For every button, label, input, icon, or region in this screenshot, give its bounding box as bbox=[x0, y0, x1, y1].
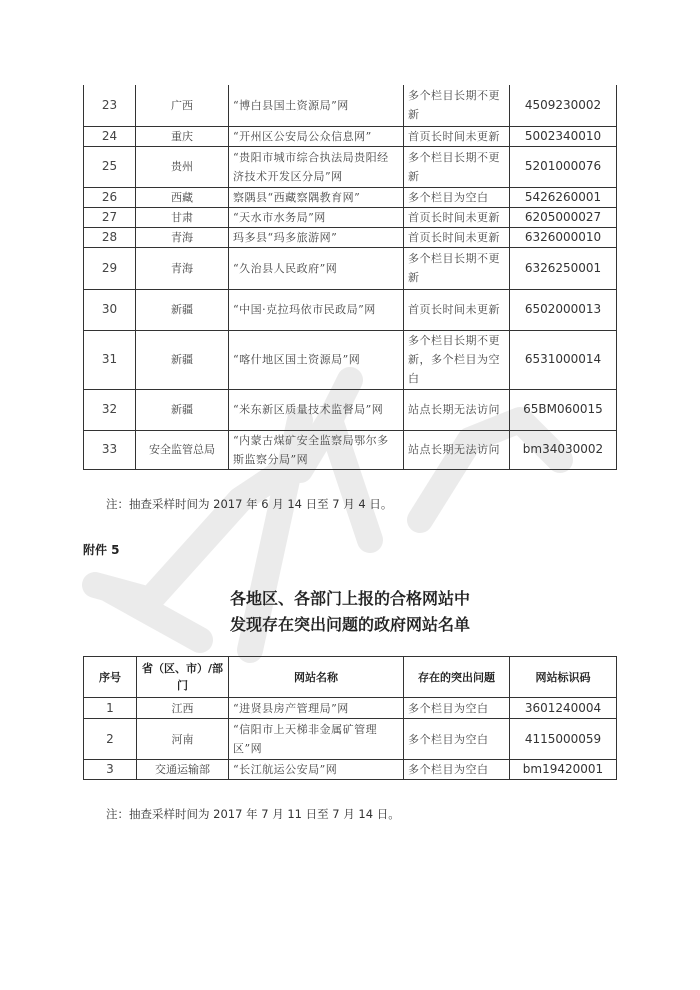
row-number: 26 bbox=[84, 187, 136, 207]
row-number: 33 bbox=[84, 430, 136, 469]
province-cell: 广西 bbox=[136, 85, 229, 126]
site-code-cell: 5002340010 bbox=[510, 126, 617, 146]
row-number: 3 bbox=[84, 760, 137, 780]
table-row: 33 安全监管总局 “内蒙古煤矿安全监察局鄂尔多斯监察分局”网 站点长期无法访问… bbox=[84, 430, 617, 469]
row-number: 2 bbox=[84, 719, 137, 760]
site-name-cell: “天水市水务局”网 bbox=[229, 207, 404, 227]
sampling-note-1: 注：抽查采样时间为 2017 年 6 月 14 日至 7 月 4 日。 bbox=[106, 496, 392, 512]
site-code-cell: 5201000076 bbox=[510, 146, 617, 187]
table-row: 23 广西 “博白县国土资源局”网 多个栏目长期不更新 4509230002 bbox=[84, 85, 617, 126]
province-cell: 青海 bbox=[136, 227, 229, 247]
row-number: 25 bbox=[84, 146, 136, 187]
table-row: 26 西藏 察隅县“西藏察隅教育网” 多个栏目为空白 5426260001 bbox=[84, 187, 617, 207]
row-number: 28 bbox=[84, 227, 136, 247]
province-cell: 河南 bbox=[137, 719, 229, 760]
issue-cell: 多个栏目为空白 bbox=[404, 760, 510, 780]
row-number: 27 bbox=[84, 207, 136, 227]
site-code-cell: 6326250001 bbox=[510, 247, 617, 289]
issue-cell: 站点长期无法访问 bbox=[404, 430, 510, 469]
header-issue: 存在的突出问题 bbox=[404, 657, 510, 698]
row-number: 32 bbox=[84, 389, 136, 430]
page-title-line-2: 发现存在突出问题的政府网站名单 bbox=[0, 612, 700, 635]
row-number: 30 bbox=[84, 289, 136, 330]
table-row: 29 青海 “久治县人民政府”网 多个栏目长期不更新 6326250001 bbox=[84, 247, 617, 289]
header-number: 序号 bbox=[84, 657, 137, 698]
site-code-cell: bm19420001 bbox=[510, 760, 617, 780]
row-number: 29 bbox=[84, 247, 136, 289]
table-row: 30 新疆 “中国·克拉玛依市民政局”网 首页长时间未更新 6502000013 bbox=[84, 289, 617, 330]
province-cell: 新疆 bbox=[136, 330, 229, 389]
site-code-cell: 4115000059 bbox=[510, 719, 617, 760]
issue-cell: 多个栏目长期不更新，多个栏目为空白 bbox=[404, 330, 510, 389]
province-cell: 贵州 bbox=[136, 146, 229, 187]
site-code-cell: 5426260001 bbox=[510, 187, 617, 207]
table-row: 27 甘肃 “天水市水务局”网 首页长时间未更新 6205000027 bbox=[84, 207, 617, 227]
site-name-cell: “内蒙古煤矿安全监察局鄂尔多斯监察分局”网 bbox=[229, 430, 404, 469]
province-cell: 西藏 bbox=[136, 187, 229, 207]
site-name-cell: “进贤县房产管理局”网 bbox=[229, 698, 404, 719]
header-province: 省（区、市）/部门 bbox=[137, 657, 229, 698]
issue-cell: 首页长时间未更新 bbox=[404, 227, 510, 247]
sampling-note-2: 注：抽查采样时间为 2017 年 7 月 11 日至 7 月 14 日。 bbox=[106, 806, 400, 822]
header-site-code: 网站标识码 bbox=[510, 657, 617, 698]
site-name-cell: “长江航运公安局”网 bbox=[229, 760, 404, 780]
issue-cell: 首页长时间未更新 bbox=[404, 207, 510, 227]
qualified-sites-issues-table: 序号 省（区、市）/部门 网站名称 存在的突出问题 网站标识码 1 江西 “进贤… bbox=[83, 656, 617, 780]
site-name-cell: “博白县国土资源局”网 bbox=[229, 85, 404, 126]
issue-cell: 多个栏目为空白 bbox=[404, 187, 510, 207]
province-cell: 新疆 bbox=[136, 289, 229, 330]
site-name-cell: 玛多县“玛多旅游网” bbox=[229, 227, 404, 247]
row-number: 1 bbox=[84, 698, 137, 719]
site-code-cell: 4509230002 bbox=[510, 85, 617, 126]
site-code-cell: 6326000010 bbox=[510, 227, 617, 247]
table-header-row: 序号 省（区、市）/部门 网站名称 存在的突出问题 网站标识码 bbox=[84, 657, 617, 698]
table-row: 25 贵州 “贵阳市城市综合执法局贵阳经济技术开发区分局”网 多个栏目长期不更新… bbox=[84, 146, 617, 187]
row-number: 23 bbox=[84, 85, 136, 126]
province-cell: 新疆 bbox=[136, 389, 229, 430]
table-row: 28 青海 玛多县“玛多旅游网” 首页长时间未更新 6326000010 bbox=[84, 227, 617, 247]
site-name-cell: “信阳市上天梯非金属矿管理区”网 bbox=[229, 719, 404, 760]
table-row: 3 交通运输部 “长江航运公安局”网 多个栏目为空白 bm19420001 bbox=[84, 760, 617, 780]
issue-cell: 多个栏目为空白 bbox=[404, 698, 510, 719]
table-row: 24 重庆 “开州区公安局公众信息网” 首页长时间未更新 5002340010 bbox=[84, 126, 617, 146]
annex-label: 附件 5 bbox=[83, 541, 120, 558]
row-number: 31 bbox=[84, 330, 136, 389]
table-row: 32 新疆 “米东新区质量技术监督局”网 站点长期无法访问 65BM060015 bbox=[84, 389, 617, 430]
table-row: 2 河南 “信阳市上天梯非金属矿管理区”网 多个栏目为空白 4115000059 bbox=[84, 719, 617, 760]
site-name-cell: “开州区公安局公众信息网” bbox=[229, 126, 404, 146]
site-name-cell: “中国·克拉玛依市民政局”网 bbox=[229, 289, 404, 330]
site-code-cell: 65BM060015 bbox=[510, 389, 617, 430]
province-cell: 安全监管总局 bbox=[136, 430, 229, 469]
province-cell: 青海 bbox=[136, 247, 229, 289]
province-cell: 交通运输部 bbox=[137, 760, 229, 780]
site-name-cell: “久治县人民政府”网 bbox=[229, 247, 404, 289]
site-code-cell: 6531000014 bbox=[510, 330, 617, 389]
province-cell: 江西 bbox=[137, 698, 229, 719]
issue-cell: 站点长期无法访问 bbox=[404, 389, 510, 430]
page-title-line-1: 各地区、各部门上报的合格网站中 bbox=[0, 586, 700, 609]
province-cell: 甘肃 bbox=[136, 207, 229, 227]
row-number: 24 bbox=[84, 126, 136, 146]
issue-cell: 多个栏目长期不更新 bbox=[404, 146, 510, 187]
site-code-cell: 3601240004 bbox=[510, 698, 617, 719]
site-code-cell: bm34030002 bbox=[510, 430, 617, 469]
site-code-cell: 6205000027 bbox=[510, 207, 617, 227]
website-issues-table-continued: 23 广西 “博白县国土资源局”网 多个栏目长期不更新 4509230002 2… bbox=[83, 85, 617, 470]
site-name-cell: 察隅县“西藏察隅教育网” bbox=[229, 187, 404, 207]
site-name-cell: “米东新区质量技术监督局”网 bbox=[229, 389, 404, 430]
site-code-cell: 6502000013 bbox=[510, 289, 617, 330]
province-cell: 重庆 bbox=[136, 126, 229, 146]
issue-cell: 多个栏目长期不更新 bbox=[404, 247, 510, 289]
issue-cell: 多个栏目为空白 bbox=[404, 719, 510, 760]
issue-cell: 多个栏目长期不更新 bbox=[404, 85, 510, 126]
table-row: 1 江西 “进贤县房产管理局”网 多个栏目为空白 3601240004 bbox=[84, 698, 617, 719]
issue-cell: 首页长时间未更新 bbox=[404, 289, 510, 330]
site-name-cell: “贵阳市城市综合执法局贵阳经济技术开发区分局”网 bbox=[229, 146, 404, 187]
header-site-name: 网站名称 bbox=[229, 657, 404, 698]
issue-cell: 首页长时间未更新 bbox=[404, 126, 510, 146]
table-row: 31 新疆 “喀什地区国土资源局”网 多个栏目长期不更新，多个栏目为空白 653… bbox=[84, 330, 617, 389]
site-name-cell: “喀什地区国土资源局”网 bbox=[229, 330, 404, 389]
